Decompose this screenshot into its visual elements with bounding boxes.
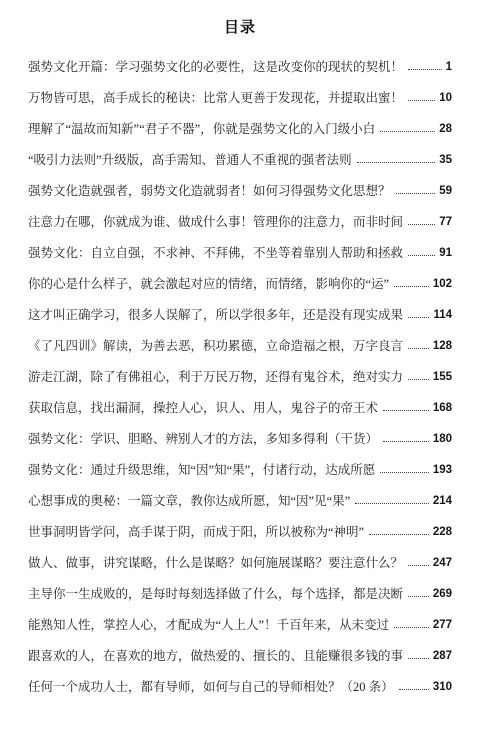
toc-entry[interactable]: 任何一个成功人士，都有导师，如何与自己的导师相处？（20 条） 310 <box>28 670 452 701</box>
toc-entry[interactable]: 《了凡四训》解读，为善去恶，积功累德，立命造福之根，万字良言 128 <box>28 329 452 360</box>
dot-leader <box>394 627 429 628</box>
dot-leader <box>408 658 429 659</box>
toc-entry-page-number: 310 <box>433 681 452 693</box>
toc-entry[interactable]: 能熟知人性，掌控人心，才配成为“人上人”！千百年来，从未变过 277 <box>28 608 452 639</box>
toc-entry[interactable]: “吸引力法则”升级版，高手需知、普通人不重视的强者法则 35 <box>28 143 452 174</box>
toc-entry-page-number: 59 <box>439 185 452 197</box>
toc-entry-title: 这才叫正确学习，很多人误解了，所以学很多年，还是没有现实成果 <box>28 305 403 323</box>
dot-leader <box>383 410 429 411</box>
toc-entry-title: 世事洞明皆学问，高手谋于阴，而成于阳，所以被称为“神明” <box>28 522 364 540</box>
toc-entry-title: 强势文化造就强者，弱势文化造就弱者！如何习得强势文化思想？ <box>28 181 391 199</box>
dot-leader <box>357 162 436 163</box>
toc-entry-page-number: 228 <box>433 526 452 538</box>
toc-entry-page-number: 77 <box>439 216 452 228</box>
toc-content: 目录 强势文化开篇：学习强势文化的必要性，这是改变你的现状的契机！ 1 万物皆可… <box>0 0 480 701</box>
toc-entry-title: 游走江湖，除了有佛祖心，利于万民万物，还得有鬼谷术，绝对实力 <box>28 367 403 385</box>
dot-leader <box>380 131 435 132</box>
dot-leader <box>394 286 429 287</box>
toc-entry[interactable]: 这才叫正确学习，很多人误解了，所以学很多年，还是没有现实成果 114 <box>28 298 452 329</box>
dot-leader <box>399 689 429 690</box>
toc-entry-page-number: 91 <box>439 247 452 259</box>
dot-leader <box>408 69 442 70</box>
page-title: 目录 <box>28 17 452 39</box>
dot-leader <box>380 472 429 473</box>
dot-leader <box>408 348 429 349</box>
toc-entry-page-number: 102 <box>433 278 452 290</box>
dot-leader <box>408 596 429 597</box>
toc-entry-page-number: 10 <box>439 92 452 104</box>
toc-entry-title: 万物皆可思，高手成长的秘诀：比常人更善于发现花，并提取出蜜！ <box>28 88 403 106</box>
toc-entry-page-number: 287 <box>433 650 452 662</box>
toc-list: 强势文化开篇：学习强势文化的必要性，这是改变你的现状的契机！ 1 万物皆可思，高… <box>28 50 452 701</box>
toc-entry-page-number: 193 <box>433 464 452 476</box>
toc-entry-title: 获取信息，找出漏洞，操控人心，识人、用人，鬼谷子的帝王术 <box>28 398 378 416</box>
dot-leader <box>408 100 435 101</box>
toc-entry-page-number: 214 <box>433 495 452 507</box>
toc-entry-title: 强势文化：自立自强，不求神、不拜佛，不坐等着靠别人帮助和拯救 <box>28 243 403 261</box>
dot-leader <box>408 255 435 256</box>
toc-entry-page-number: 277 <box>433 619 452 631</box>
toc-entry[interactable]: 强势文化开篇：学习强势文化的必要性，这是改变你的现状的契机！ 1 <box>28 50 452 81</box>
toc-entry[interactable]: 做人、做事，讲究谋略，什么是谋略？如何施展谋略？要注意什么？ 247 <box>28 546 452 577</box>
dot-leader <box>408 224 435 225</box>
toc-entry[interactable]: 理解了“温故而知新”“君子不器”，你就是强势文化的入门级小白 28 <box>28 112 452 143</box>
toc-entry-title: 做人、做事，讲究谋略，什么是谋略？如何施展谋略？要注意什么？ <box>28 553 403 571</box>
toc-entry-page-number: 155 <box>433 371 452 383</box>
dot-leader <box>408 565 429 566</box>
toc-entry[interactable]: 主导你一生成败的，是每时每刻选择做了什么，每个选择，都是决断 269 <box>28 577 452 608</box>
toc-entry[interactable]: 游走江湖，除了有佛祖心，利于万民万物，还得有鬼谷术，绝对实力 155 <box>28 360 452 391</box>
toc-entry-title: 《了凡四训》解读，为善去恶，积功累德，立命造福之根，万字良言 <box>28 336 403 354</box>
toc-entry-title: 主导你一生成败的，是每时每刻选择做了什么，每个选择，都是决断 <box>28 584 403 602</box>
toc-entry-page-number: 168 <box>433 402 452 414</box>
toc-entry-page-number: 35 <box>439 154 452 166</box>
toc-entry-title: 跟喜欢的人，在喜欢的地方，做热爱的、擅长的、且能赚很多钱的事 <box>28 646 403 664</box>
toc-entry[interactable]: 世事洞明皆学问，高手谋于阴，而成于阳，所以被称为“神明” 228 <box>28 515 452 546</box>
dot-leader <box>408 317 429 318</box>
toc-entry[interactable]: 强势文化：学识、胆略、辨别人才的方法，多知多得利（干货） 180 <box>28 422 452 453</box>
document-page: 目录 强势文化开篇：学习强势文化的必要性，这是改变你的现状的契机！ 1 万物皆可… <box>0 0 480 734</box>
toc-entry-page-number: 269 <box>433 588 452 600</box>
toc-entry-title: 心想事成的奥秘：一篇文章，教你达成所愿，知“因”见“果” <box>28 491 350 509</box>
toc-entry-page-number: 247 <box>433 557 452 569</box>
dot-leader <box>383 441 429 442</box>
toc-entry-page-number: 1 <box>446 61 452 73</box>
toc-entry-title: 任何一个成功人士，都有导师，如何与自己的导师相处？（20 条） <box>28 677 394 695</box>
toc-entry[interactable]: 万物皆可思，高手成长的秘诀：比常人更善于发现花，并提取出蜜！ 10 <box>28 81 452 112</box>
toc-entry-page-number: 28 <box>439 123 452 135</box>
toc-entry[interactable]: 注意力在哪，你就成为谁、做成什么事！管理你的注意力，而非时间 77 <box>28 205 452 236</box>
toc-entry-page-number: 180 <box>433 433 452 445</box>
dot-leader <box>355 503 429 504</box>
toc-entry-title: “吸引力法则”升级版，高手需知、普通人不重视的强者法则 <box>28 150 352 168</box>
dot-leader <box>396 193 436 194</box>
toc-entry-title: 你的心是什么样子，就会激起对应的情绪，而情绪，影响你的“运” <box>28 274 389 292</box>
toc-entry[interactable]: 获取信息，找出漏洞，操控人心，识人、用人，鬼谷子的帝王术 168 <box>28 391 452 422</box>
dot-leader <box>408 379 429 380</box>
toc-entry-title: 强势文化开篇：学习强势文化的必要性，这是改变你的现状的契机！ <box>28 57 403 75</box>
toc-entry[interactable]: 心想事成的奥秘：一篇文章，教你达成所愿，知“因”见“果” 214 <box>28 484 452 515</box>
toc-entry-title: 能熟知人性，掌控人心，才配成为“人上人”！千百年来，从未变过 <box>28 615 389 633</box>
toc-entry-title: 注意力在哪，你就成为谁、做成什么事！管理你的注意力，而非时间 <box>28 212 403 230</box>
toc-entry-title: 理解了“温故而知新”“君子不器”，你就是强势文化的入门级小白 <box>28 119 375 137</box>
toc-entry[interactable]: 你的心是什么样子，就会激起对应的情绪，而情绪，影响你的“运” 102 <box>28 267 452 298</box>
toc-entry-page-number: 114 <box>433 309 452 321</box>
toc-entry[interactable]: 强势文化造就强者，弱势文化造就弱者！如何习得强势文化思想？ 59 <box>28 174 452 205</box>
toc-entry[interactable]: 强势文化：通过升级思维，知“因”知“果”，付诸行动，达成所愿 193 <box>28 453 452 484</box>
toc-entry-title: 强势文化：学识、胆略、辨别人才的方法，多知多得利（干货） <box>28 429 378 447</box>
toc-entry-title: 强势文化：通过升级思维，知“因”知“果”，付诸行动，达成所愿 <box>28 460 375 478</box>
toc-entry[interactable]: 跟喜欢的人，在喜欢的地方，做热爱的、擅长的、且能赚很多钱的事 287 <box>28 639 452 670</box>
dot-leader <box>369 534 429 535</box>
toc-entry-page-number: 128 <box>433 340 452 352</box>
toc-entry[interactable]: 强势文化：自立自强，不求神、不拜佛，不坐等着靠别人帮助和拯救 91 <box>28 236 452 267</box>
